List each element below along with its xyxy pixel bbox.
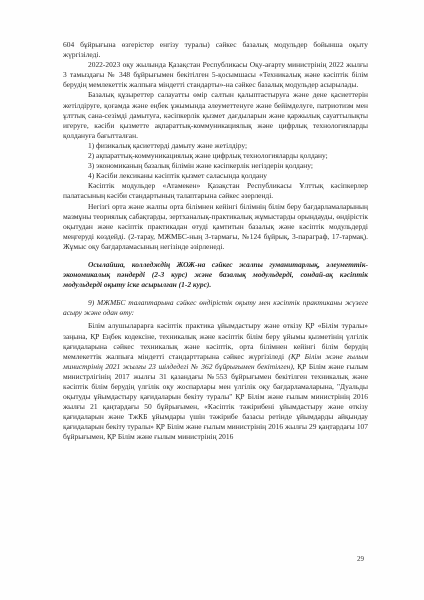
document-page: 604 бұйрығына өзгерістер енгізу туралы) … — [0, 0, 424, 600]
page-body: 604 бұйрығына өзгерістер енгізу туралы) … — [63, 40, 368, 443]
paragraph-basic-competencies: Базалық құзыреттер салауатты өмір салтын… — [63, 90, 368, 140]
spacer — [63, 290, 368, 298]
practice-text-part2: , ҚР Білім және ғылым министрлігінің 201… — [63, 362, 368, 442]
paragraph-standard-2022: 2022-2023 оқу жылында Қазақстан Республи… — [63, 60, 368, 90]
section-heading: 9) МЖМБС талаптарына сәйкес өндірістік о… — [63, 298, 368, 318]
paragraph-continuation: 604 бұйрығына өзгерістер енгізу туралы) … — [63, 40, 368, 60]
paragraph-professional-modules: Кәсіптік модульдер «Атамекен» Қазақстан … — [63, 181, 368, 201]
list-item-3: 3) экономиканың базалық білімін және кәс… — [63, 161, 368, 171]
paragraph-program-content: Негізгі орта және жалпы орта білімнен ке… — [63, 202, 368, 252]
paragraph-practice-regulations: Білім алушыларарға кәсіптік практика ұйы… — [63, 321, 368, 442]
list-item-2: 2) ақпараттық-коммуникациялық және цифрл… — [63, 151, 368, 161]
page-number: 29 — [357, 555, 364, 563]
spacer — [63, 252, 368, 260]
conclusion-text: Осылайша, колледждің ЖОЖ-на сәйкес жалпы… — [63, 260, 368, 290]
list-item-1: 1) физикалық қасиеттерді дамыту және жет… — [63, 141, 368, 151]
list-item-4: 4) Кәсіби лексиканы кәсіптік қызмет сала… — [63, 171, 368, 181]
